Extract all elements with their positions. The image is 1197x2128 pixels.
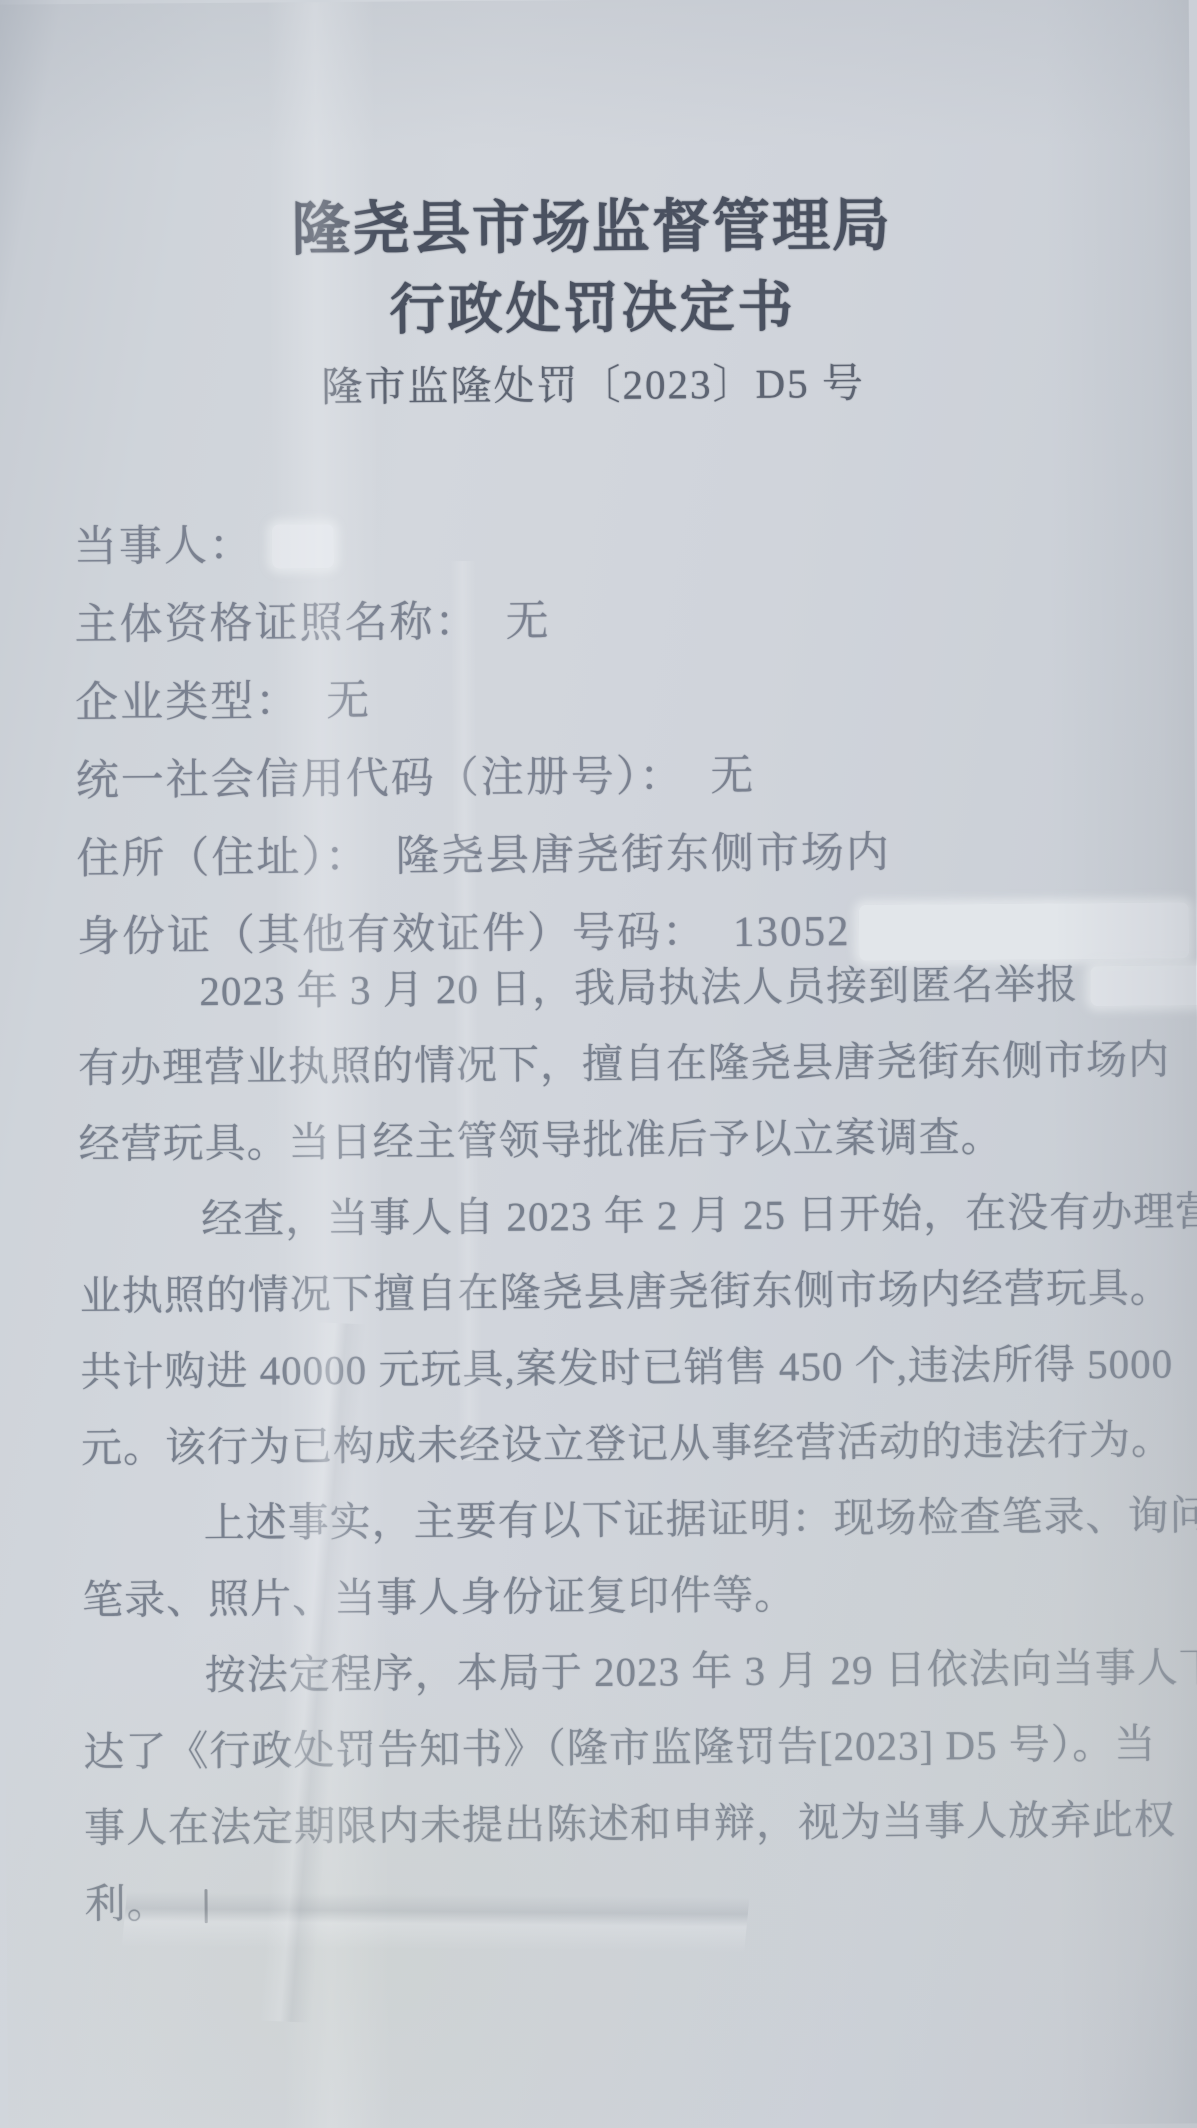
info-row-address: 住所（住址）：隆尧县唐尧街东侧市场内 xyxy=(76,813,1156,899)
body-text: 2023 年 3 月 20 日，我局执法人员接到匿名举报没 有办理营业执照的情况… xyxy=(77,946,1160,1942)
paragraph4-line1: 按法定程序，本局于 2023 年 3 月 29 日依法向当事人下 xyxy=(82,1630,1158,1714)
paper-sheet: 隆尧县市场监督管理局 行政处罚决定书 隆市监隆处罚〔2023〕D5 号 当事人：… xyxy=(0,0,1197,2128)
paragraph1-line3: 经营玩具。当日经主管领导批准后予以立案调查。 xyxy=(78,1098,1154,1182)
doc-title-line1: 隆尧县市场监督管理局 xyxy=(0,175,1191,268)
paragraph1-line1-text: 2023 年 3 月 20 日，我局执法人员接到匿名举报 xyxy=(199,961,1078,1014)
info-row-party: 当事人： xyxy=(74,501,1154,587)
address-value: 隆尧县唐尧街东侧市场内 xyxy=(396,830,891,881)
info-row-license-name: 主体资格证照名称：无 xyxy=(74,579,1154,665)
paragraph3-line2: 笔录、照片、当事人身份证复印件等。 xyxy=(82,1554,1158,1638)
pen-mark xyxy=(204,1889,207,1923)
document-photo: 隆尧县市场监督管理局 行政处罚决定书 隆市监隆处罚〔2023〕D5 号 当事人：… xyxy=(0,0,1197,2128)
paragraph4-line2: 达了《行政处罚告知书》（隆市监隆罚告[2023] D5 号）。当 xyxy=(83,1706,1159,1790)
paragraph4-line4-text: 利。 xyxy=(84,1880,168,1927)
paragraph1-line1: 2023 年 3 月 20 日，我局执法人员接到匿名举报没 xyxy=(77,946,1153,1030)
license-name-value: 无 xyxy=(505,598,550,645)
paragraph2-line4: 元。该行为已构成未经设立登记从事经营活动的违法行为。 xyxy=(81,1402,1157,1486)
party-name-redaction xyxy=(272,524,334,568)
info-row-credit-code: 统一社会信用代码（注册号）：无 xyxy=(75,735,1155,821)
paragraph3-line1: 上述事实，主要有以下证据证明：现场检查笔录、询问 xyxy=(81,1478,1157,1562)
party-info-section: 当事人： 主体资格证照名称：无 企业类型：无 统一社会信用代码（注册号）：无 住… xyxy=(74,501,1157,977)
paragraph4-line4: 利。 xyxy=(84,1858,1160,1942)
doc-title-line2: 行政处罚决定书 xyxy=(0,259,1191,347)
paragraph2-line1: 经查，当事人自 2023 年 2 月 25 日开始，在没有办理营 xyxy=(79,1174,1155,1258)
credit-code-value: 无 xyxy=(710,753,755,800)
report-target-redaction xyxy=(1090,965,1197,1006)
paragraph2-line2: 业执照的情况下擅自在隆尧县唐尧街东侧市场内经营玩具。 xyxy=(80,1250,1156,1334)
paragraph2-line3: 共计购进 40000 元玩具,案发时已销售 450 个,违法所得 5000 xyxy=(80,1326,1156,1410)
paragraph1-line2: 有办理营业执照的情况下，擅自在隆尧县唐尧街东侧市场内 xyxy=(78,1022,1154,1106)
info-row-enterprise-type: 企业类型：无 xyxy=(75,657,1155,743)
credit-code-label: 统一社会信用代码（注册号）： xyxy=(76,753,685,805)
enterprise-type-label: 企业类型： xyxy=(75,678,300,727)
doc-number: 隆市监隆处罚〔2023〕D5 号 xyxy=(0,347,1192,415)
paragraph4-line3: 事人在法定期限内未提出陈述和申辩，视为当事人放弃此权 xyxy=(84,1782,1160,1866)
address-label: 住所（住址）： xyxy=(76,834,370,883)
party-label: 当事人： xyxy=(74,523,254,571)
license-name-label: 主体资格证照名称： xyxy=(74,599,479,649)
enterprise-type-value: 无 xyxy=(326,678,371,725)
